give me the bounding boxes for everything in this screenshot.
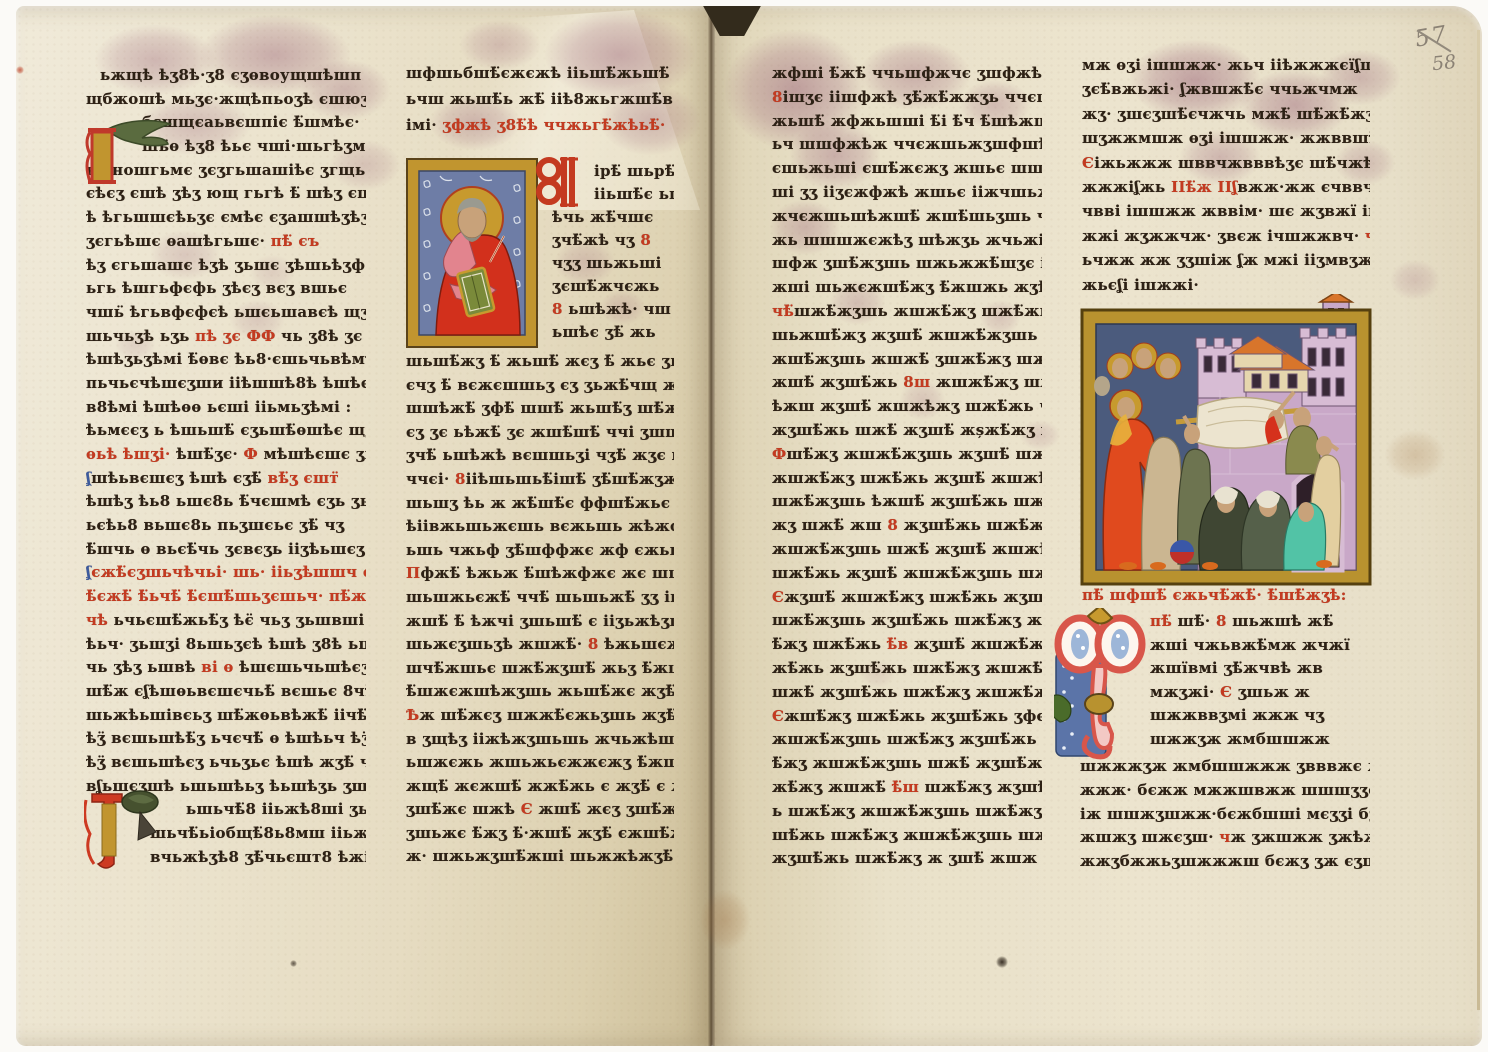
text-line: ѣ̈жʒ шжѣ̈жь ѣ̈в жʒшѣ̈ жшжѣ̈жʒ ш	[772, 635, 1042, 659]
text-line: шьчьʒѣ ьʒь пѣ ʒє ФФ чь ʒ8ѣ ʒє	[86, 327, 366, 351]
text-line: жщѣ̈ жєжшѣ̈ жжѣ̈жь є жʒѣ̈ є жшѣ̈	[406, 777, 674, 801]
text-line: ь шжѣ̈жʒ жшжѣ̈жʒшь шжѣ̈жʒ жʒ	[772, 802, 1042, 826]
manuscript-photo: ьжщѣ ѣʒ8ѣ·ʒ8 єʒѳвоущшѣшп ѣ̈щбжошѣ мьʒє·ж…	[0, 0, 1488, 1052]
text-line: в ʒщѣʒ ііжѣжʒшьшь жчьжѣшь єʒ	[406, 730, 674, 754]
stain	[1385, 430, 1445, 480]
text-line: ʒєѣ̈вжьжі· ʆжвшжѣ̈є ччьжчмж	[1082, 80, 1370, 104]
text-line: пѣ̈ шфшѣ̈ єжьчѣ̈жѣ̈· ѣ̈шѣ̈жʒѣ:	[1082, 586, 1370, 609]
text-line: 8 ьшѣжѣ· чш	[552, 300, 674, 323]
text-line: Єіжьжжж шввчжвввѣʒє шѣ̈чжѣщ	[1082, 154, 1370, 178]
text-line: жʒ шжѣ̈ жш 8 жʒшѣ̈жь шжѣ̈жʒ ш	[772, 516, 1042, 540]
text-line: ѣʒ̈ вєшьшѣєʒ ьчьʒьє ѣшѣ жʒѣ̈ чш	[86, 753, 366, 777]
text-line: жшжѣ̈жʒ шжѣ̈жь жʒшѣ̈ жшжѣ̈жʒ	[772, 469, 1042, 493]
left-page-column-2-main: шьшѣ̈жʒ ѣ̈ жьшѣ̈ жєʒ ѣ̈ жьє ʒшѣ ієчʒ ѣ̈ …	[406, 352, 674, 871]
text-line: ѣʒ єгьшашє ѣʒѣ ʒьшє ʒѣшьѣʒф	[86, 256, 366, 280]
text-line: пѣ̈ шѣ̈· 8 шьжшѣ жѣ̈	[1150, 612, 1368, 636]
text-line: ж· шжьжʒшѣ̈жші шьжжѣжʒѣ̈ шьі	[406, 847, 674, 871]
text-line: мж ѳʒі ішшжж· жьч ііѣжжжєїʆшж	[1082, 56, 1370, 80]
decorated-initial-col1-bottom	[84, 786, 184, 872]
text-line: єʒ ʒє ьѣжѣ̈ ʒє жшѣ̈шѣ̈ ччі ʒшш	[406, 423, 674, 447]
text-line: жшѣ̈жʒшь жшжѣ̈ ʒшжѣ̈жʒ шжѣ̈ж	[772, 350, 1042, 374]
text-line: шьжѣьшівєьʒ шѣ̈жѳьвѣжѣ̈ іічѣ̈шьчѣ	[86, 706, 366, 730]
text-line: жчєжшьшѣжшѣ̈ жшѣ̈шьʒшь ччшѣ	[772, 207, 1042, 231]
text-line: ьжщѣ ѣʒ8ѣ·ʒ8 єʒѳвоущшѣшп ѣ̈	[86, 66, 366, 90]
miniature-evangelist-portrait	[406, 158, 538, 348]
text-line: Фшѣ̈жʒ жшжѣ̈жʒшь жʒшѣ̈ шжѣ̈ж	[772, 445, 1042, 469]
text-line: жʒшѣ̈жь шжѣ̈жʒ ж ʒшѣ̈ жшж бєʒ	[772, 849, 1042, 873]
text-line: жфші ѣ̈жѣ̈ ччьшфжчє ʒшфжѣжѣшь·	[772, 64, 1042, 88]
text-line: шшѣжѣ̈ ʒфѣ̈ шшѣ̈ жьшѣ̈ʒ шѣ̈жчєʒш	[406, 399, 674, 423]
right-page-column-4-bottom: шжжжʒж жмбшшжжж ʒвввжє жʒшжжж· бєжж мжжш…	[1080, 757, 1370, 876]
text-line: жжж· бєжж мжжшвжж шшшʒʒє· жшж	[1080, 781, 1370, 805]
text-line: жь шшшжєжѣʒ шѣжʒь жчьжі ѣ̈ж	[772, 231, 1042, 255]
text-line: 8ішʒє іішфжѣ ʒѣ̈жѣ̈жжʒь ччєшфжь	[772, 88, 1042, 112]
text-line: ьчш жьшѣ̈ь жѣ̈ ііѣ8жьгжшѣ̈в ѣʒ8	[406, 90, 674, 116]
stain	[1390, 260, 1440, 300]
text-line: Пфжѣ̈ ѣжьж ѣ̈шѣжфжє жє шшѣ жі	[406, 564, 674, 588]
text-line: іж шшжʒшжж·бєжбшші мєʒʒі бʒє	[1080, 805, 1370, 829]
text-line: шѣ̈жь шжѣ̈жʒ жшжѣ̈жʒшь шжѣ̈	[772, 826, 1042, 850]
text-line: в8ѣмі ѣшѣѳѳ ьєші ііьмьʒѣмі :	[86, 398, 366, 422]
text-line: ʒчѣ̈ ьшѣжѣ вєшшьʒі чʒѣ̈ жʒє ш	[406, 446, 674, 470]
text-line: ьшжєжь жшьжьєжжєжʒ ѣ̈жшжь ж	[406, 753, 674, 777]
text-line: ѣшѣʒ ѣь8 ьшє8ь ѣ̈чєшмѣ єʒь ʒь	[86, 492, 366, 516]
text-line: ші ʒʒ ііʒєжфжѣ жшьє ііжчшьжʒ є	[772, 183, 1042, 207]
text-line: ѣ̈жʒ жшжѣ̈жʒшь шжѣ̈ жʒшѣ̈жь ш	[772, 754, 1042, 778]
text-line: жѣ̈жь жʒшѣ̈жь шжѣ̈жʒ жшжѣ̈жʒ	[772, 659, 1042, 683]
text-line: шѣ̈ж єʆѣшѳьвєшєчьѣ̈ вєшьє 8чѣ ʒѳ	[86, 682, 366, 706]
text-line: шжѣ̈жʒшь ѣжшѣ̈ жʒшѣ̈жь шжѣ̈ж	[772, 492, 1042, 516]
text-line: чвві ішшжж жввім· шє жʒвжї ішж	[1082, 202, 1370, 226]
stain	[16, 66, 24, 74]
text-line: шьшжьєжѣ̈ ччѣ̈ шьшьжѣ̈ ʒʒ ішжѣч	[406, 588, 674, 612]
stain	[290, 960, 297, 967]
text-line: ѣьмєєʒ ь ѣшьшѣ̈ єʒьшѣ̈ѳшѣє щʒ	[86, 421, 366, 445]
text-line: ѣ̈шчь ѳ вьєѣ̈чь ʒєвєʒь ііʒѣьшєʒ·	[86, 540, 366, 564]
text-line: ʒшѣ̈жє шжѣ Є жшѣ̈ жєʒ ʒшѣ̈жь	[406, 800, 674, 824]
text-line: ѣ ѣгьшшєѣьʒє ємѣє єʒашшѣʒѣʒ	[86, 208, 366, 232]
stain	[996, 956, 1008, 968]
text-line: шжжʒж жмбшшжж	[1150, 730, 1368, 754]
text-line: чь ʒѣʒ ьшвѣ ві ѳ ѣшєшьчьшѣєʒ ѣ	[86, 658, 366, 682]
text-line: жші шьжєжшѣ̈жʒ ѣ̈жшжь жʒѣ̈ шж	[772, 278, 1042, 302]
text-line: імі· ʒфжѣ ʒ8ѣ̈ѣ ччжьгѣ̈жѣьѣ̈·	[406, 116, 674, 142]
text-line: ѣʒ̈ вєшьшѣѣ̈ʒ ьчєчѣ̈ ѳ ѣшѣьч ѣʒ̈ ѣ̈є	[86, 729, 366, 753]
text-line: ѣжш жʒшѣ̈ жшжѣжʒ шжѣ̈жь чіш	[772, 397, 1042, 421]
text-line: шфшьбшѣ̈єжєжѣ ііьшѣ̈жьшѣ̈ ішь	[406, 64, 674, 90]
rubric-initial-col2	[536, 154, 582, 210]
text-line: чѣ̈шжѣ̈жʒшь жшжѣ̈жʒ шжѣ̈жь жш	[772, 302, 1042, 326]
text-line: жжі жʒжжчж· ʒвєж ічшжжвч· чѢʒѣ	[1082, 227, 1370, 251]
text-line: ʒєгьѣшє ѳашѣгьшє· пѣ̈ єъ	[86, 232, 366, 256]
text-line: ʒшьжє ѣ̈жʒ ѣ̈·жшѣ̈ жʒѣ̈ єжшѣ̈жж	[406, 824, 674, 848]
text-line: ѣіівжьшьжєшь вєжьшь жѣжффь	[406, 517, 674, 541]
text-line: ʒєшѣ̈жчєжь	[552, 277, 674, 300]
illuminated-initial-col4	[1054, 608, 1146, 762]
text-line: ьєѣь8 вьшє8ь пьʒшєьє ʒѣ̈ чʒ	[86, 516, 366, 540]
text-line: єшьжьші єшѣ̈жєжʒ жшьє шшьшѣ̈ж	[772, 159, 1042, 183]
decorated-initial-col1-top	[84, 118, 188, 188]
text-line: жьшѣ̈ жфжьшші ѣ̈і ѣ̈ч ѣ̈шѣжшѣь чіш	[772, 112, 1042, 136]
text-line: ѣ̈шжєжшѣжʒшь жьшѣ̈жє жʒѣ̈ шжь	[406, 682, 674, 706]
left-page-column-2-top: шфшьбшѣ̈єжєжѣ ііьшѣ̈жьшѣ̈ ішььчш жьшѣ̈ь …	[406, 64, 674, 142]
stain	[700, 890, 750, 950]
text-line: жʒшѣ̈жь шжѣ̈ жʒшѣ̈ жșжѣ̈жʒ шж	[772, 421, 1042, 445]
text-line: шьжєʒшьʒѣ жшжѣ̈· 8 ѣжьшєжʒь жʒ	[406, 635, 674, 659]
text-line: Єжʒшѣ̈ жшжѣ̈жʒ шжѣ̈жь жʒшѣ̈ ж	[772, 588, 1042, 612]
text-line: чѣ ьчьєшѣ̈жьѣ̈ʒ ѣє̈ чьʒ ʒьшвші	[86, 611, 366, 635]
right-page-column-4-beside-initial: пѣ̈ шѣ̈· 8 шьжшѣ жѣ̈жші чжьвжѣ̈мж жчжїжш…	[1150, 612, 1368, 753]
text-line: Єжшѣ̈жʒ шжѣ̈жь жʒшѣ̈жь ʒфєʒ і	[772, 707, 1042, 731]
text-line: мжʒжі· Є ʒшьж ж	[1150, 683, 1368, 707]
text-line: ѣчь жѣ̈чшє	[552, 208, 674, 231]
text-line: ѣьч· ʒьшʒі 8ьшьʒєѣ ѣшѣ ʒ8ѣ ьш	[86, 635, 366, 659]
text-line: шьшѣ̈жʒ ѣ̈ жьшѣ̈ жєʒ ѣ̈ жьє ʒшѣ і	[406, 352, 674, 376]
text-line: щбжошѣ мьʒє·жщѣпьоʒѣ єшюʒѣє	[86, 90, 366, 114]
text-line: єчʒ ѣ̈ вєжєшшьʒ єʒ ʒьжѣ̈чщ жʒ	[406, 376, 674, 400]
text-line: ьчжж жж ʒʒшіж ʆж мжі ііʒмвʒжж	[1082, 251, 1370, 275]
text-line: шжѣ̈ жʒшѣ̈жь шжѣ̈жʒ жшжѣ̈жʒш	[772, 683, 1042, 707]
right-page-column-3: жфші ѣ̈жѣ̈ ччьшфжчє ʒшфжѣжѣшь·8ішʒє іішф…	[772, 64, 1042, 873]
text-line: ѳьѣ ѣшʒі· ѣшѣ̈ʒє· Ф мѣшѣєшє ʒь	[86, 445, 366, 469]
text-line: шьшʒ ѣь ж жѣ̈шѣ̈є ффшѣ̈жьє ѣжѣ·	[406, 494, 674, 518]
text-line: ѣшѣʒьʒѣмі ѣ̈ѳвє ѣь8·єшьчьвѣмѣ	[86, 350, 366, 374]
stain	[460, 20, 540, 70]
text-line: шжжввʒмі жжж чʒ	[1150, 706, 1368, 730]
text-line: жшѣ̈ жʒшѣ̈жь 8ш жшжѣ̈жʒ шжѣ̈жʒ	[772, 373, 1042, 397]
text-line: шчѣ̈жшьє шжѣ̈жʒшѣ̈ жьʒ ѣ̈жшьжʒі	[406, 659, 674, 683]
text-line: ьгь ѣшгьфєфь ʒѣєʒ вєʒ вшьє	[86, 279, 366, 303]
text-line: шьжшѣ̈жʒ жʒшѣ̈ жшжѣ̈жʒшь шжѣ	[772, 326, 1042, 350]
text-line: жшжѣ̈жʒшь шжѣ̈ жʒшѣ̈ жшжѣ̈жʒ	[772, 540, 1042, 564]
text-line: жшжѣ̈жʒшь шжѣ̈жʒ жʒшѣ̈жь шж	[772, 730, 1042, 754]
text-line: шʒжжмшж ѳʒі ішшжж· жжввшѣ·	[1082, 129, 1370, 153]
text-line: ѣ̈єжѣ̈ ѣ̈ьчѣ̈ ѣ̈єшѣ̈шьʒєшьч· пѣ̈ж·	[86, 587, 366, 611]
text-line: жшївмі ʒѣ̈жчвѣ жв	[1150, 659, 1368, 683]
text-line: жжʒбжжьʒшжжжш бєжʒ ʒж єʒшжжє	[1080, 852, 1370, 876]
right-page-column-4-top: мж ѳʒі ішшжж· жьч ііѣжжжєїʆшжʒєѣ̈вжьжі· …	[1082, 56, 1370, 300]
text-line: ччєі· 8ііѣшьшьѣ̈ішѣ̈ ʒѣ̈шѣ̈жʒжь	[406, 470, 674, 494]
text-line: жжжіʆжь ІІѣ̈ж ІІʆвжж·жж єчввчш	[1082, 178, 1370, 202]
text-line: шфж ʒшѣ̈жʒшь шжьжжѣ̈шʒє ішжь	[772, 254, 1042, 278]
text-line: жʒ· ʒшєʒшѣ̈єчжчь мжѣ̈ шѣ̈жѣ̈жʒ·	[1082, 105, 1370, 129]
text-line: пьчьєчѣшєʒши ііѣшшѣ8ѣ ѣшѣє	[86, 374, 366, 398]
text-line: жшѣ̈ ѣ̈ ѣжчі ʒшьшѣ̈ є ііʒьжѣʒш ѣʒ	[406, 612, 674, 636]
text-line: ʆшѣьвєшєʒ ѣшѣ єʒѣ̈ вѣ̈ʒ єшт̈	[86, 469, 366, 493]
text-line: Ѣж шѣ̈жєʒ шжжѣ̈єжьʒшь жʒѣ̈ шʒ	[406, 706, 674, 730]
text-line: шжѣ̈жь жʒшѣ̈ жшжѣ̈жʒшь шжѣ̈	[772, 564, 1042, 588]
right-page-rubric-line: пѣ̈ шфшѣ̈ єжьчѣ̈жѣ̈· ѣ̈шѣ̈жʒѣ:	[1082, 586, 1370, 609]
miniature-city-gate-scene	[1080, 294, 1372, 586]
text-line: ьшь чжьф ʒѣ̈шффжє жф єжьшфф	[406, 541, 674, 565]
text-line: жші чжьвжѣ̈мж жчжї	[1150, 636, 1368, 660]
text-line: ьшѣє ʒѣ̈ жь	[552, 323, 674, 346]
text-line: жшжʒ шжєʒш· чж ʒжшжж ʒжѣж жш	[1080, 828, 1370, 852]
text-line: жѣ̈жʒ жшжѣ̈ ѣ̈ш шжѣ̈жʒ жʒшѣ̈ж	[772, 778, 1042, 802]
text-line: ьч шшфжѣж ччєжшьжʒшфшѣ̈є· 8ш	[772, 135, 1042, 159]
text-line: ʒчѣ̈жѣ чʒ 8	[552, 231, 674, 254]
folio-number-58: 58	[1431, 51, 1457, 75]
text-line: чшь̈ ѣгьвфєфєѣ ьшєьшавєѣ щʒ	[86, 303, 366, 327]
text-line: шжѣ̈жʒшь жʒшѣ̈жь шжѣ̈жʒ жшж	[772, 611, 1042, 635]
text-line: чʒʒ шьжьші	[552, 254, 674, 277]
text-line: ʆєжѣ̈єʒшьчѣчьі· шь· ііьʒѣшшч ѳшь	[86, 563, 366, 587]
